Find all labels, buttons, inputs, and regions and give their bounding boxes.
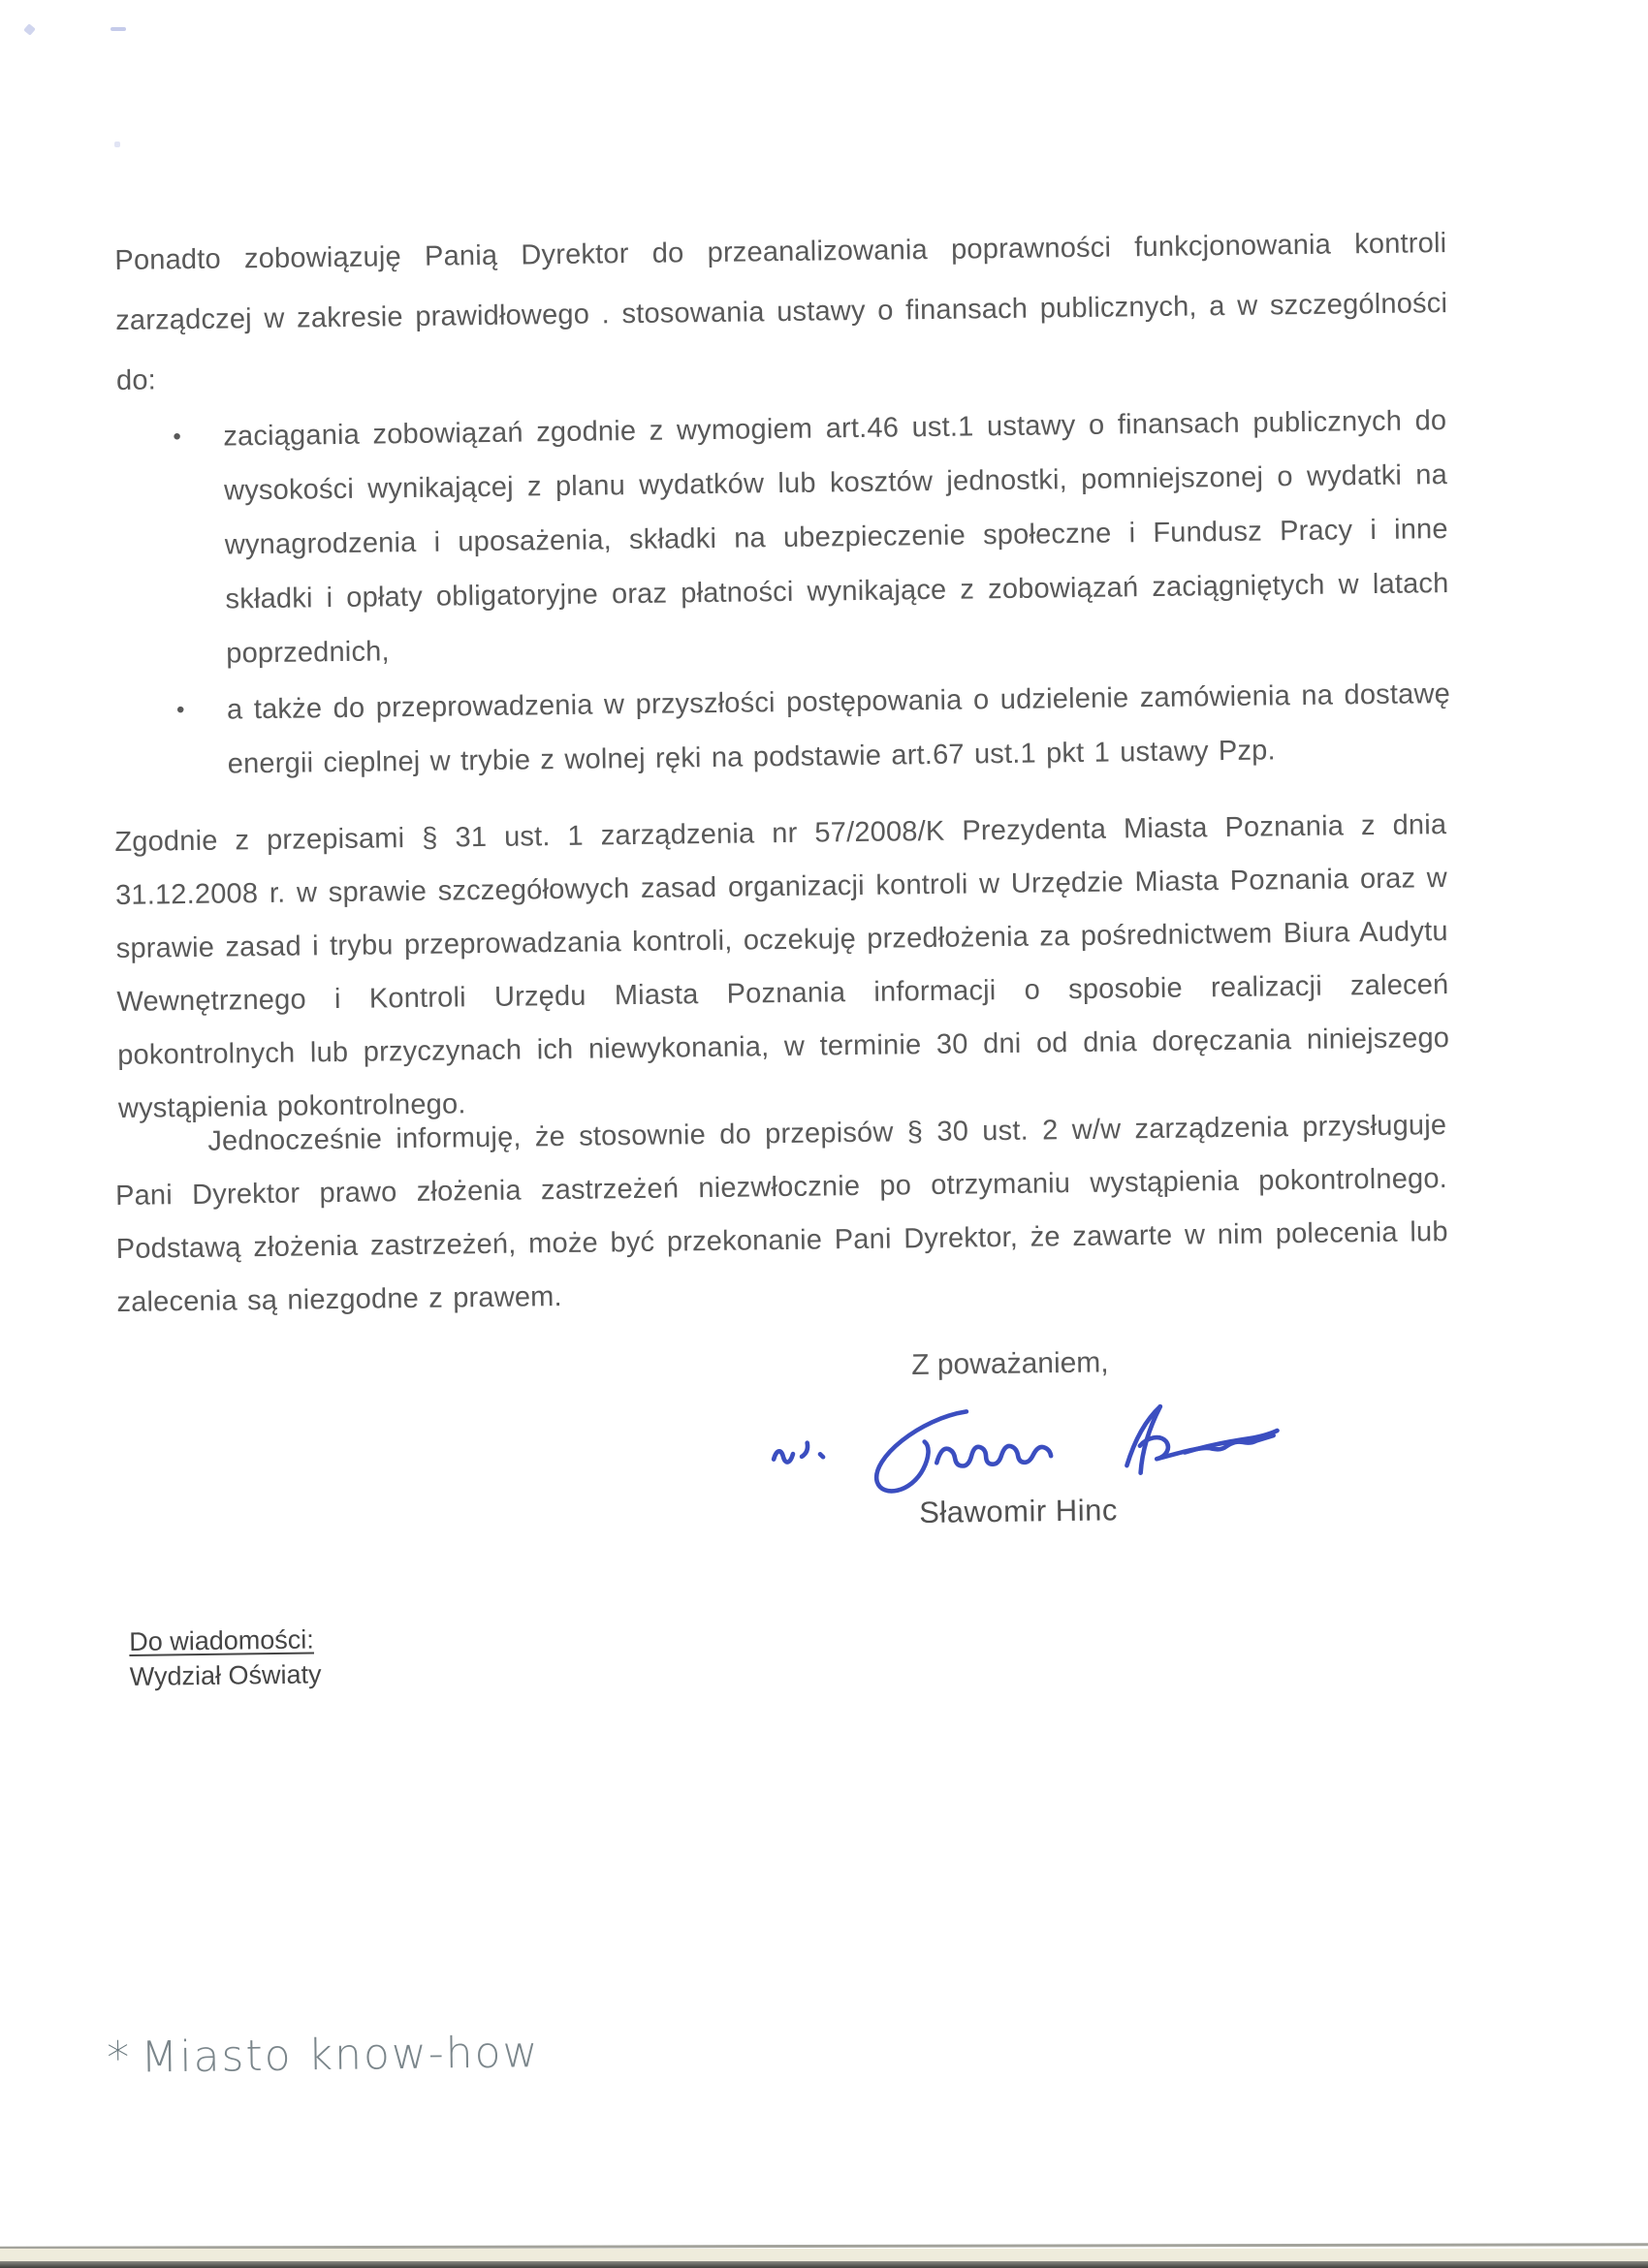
scan-ink-speck bbox=[114, 142, 120, 147]
cc-recipient: Wydział Oświaty bbox=[129, 1656, 321, 1694]
letter-paragraph-intro: Ponadto zobowiązuję Panią Dyrektor do pr… bbox=[114, 213, 1448, 411]
scan-ink-speck bbox=[23, 23, 36, 36]
bullet-item: • zaciągania zobowiązań zgodnie z wymogi… bbox=[114, 394, 1450, 682]
bullet-text: a także do przeprowadzenia w przyszłości… bbox=[227, 667, 1451, 792]
city-logo: * Miasto know-how bbox=[107, 2028, 540, 2085]
letter-closing: Z poważaniem, bbox=[911, 1346, 1109, 1382]
letter-bullet-list: • zaciągania zobowiązań zgodnie z wymogi… bbox=[114, 394, 1451, 793]
bullet-marker: • bbox=[118, 683, 228, 739]
bullet-marker: • bbox=[114, 410, 224, 465]
letter-paragraph-objections: Jednocześnie informuję, że stosownie do … bbox=[114, 1099, 1449, 1330]
scan-page-edge-band bbox=[0, 2249, 1648, 2261]
bullet-text: zaciągania zobowiązań zgodnie z wymogiem… bbox=[223, 394, 1450, 680]
cc-heading: Do wiadomości: bbox=[129, 1622, 321, 1659]
scan-ink-speck bbox=[111, 27, 126, 31]
cc-section: Do wiadomości: Wydział Oświaty bbox=[129, 1622, 322, 1694]
signer-name: Sławomir Hinc bbox=[919, 1493, 1118, 1530]
signature-strokes bbox=[773, 1403, 1279, 1495]
logo-wordmark: Miasto know-how bbox=[141, 2028, 540, 2084]
bullet-item: • a także do przeprowadzenia w przyszłoś… bbox=[118, 667, 1451, 793]
logo-asterisk-icon: * bbox=[107, 2033, 132, 2080]
scan-background-edge bbox=[0, 2261, 1648, 2268]
scanned-letter-page: Ponadto zobowiązuję Panią Dyrektor do pr… bbox=[0, 0, 1648, 2268]
letter-paragraph-legal-basis: Zgodnie z przepisami § 31 ust. 1 zarządz… bbox=[114, 799, 1450, 1136]
